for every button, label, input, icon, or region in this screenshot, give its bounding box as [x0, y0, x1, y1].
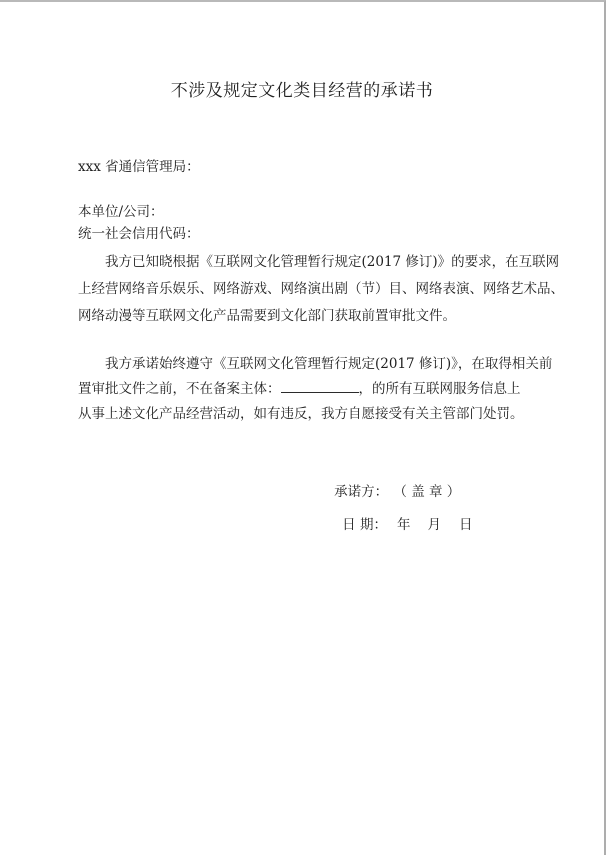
signature-date-line: 日 期：年月日: [325, 497, 472, 549]
date-month-label: 月: [427, 517, 441, 533]
document-page: 不涉及规定文化类目经营的承诺书 xxx 省通信管理局： 本单位/公司： 统一社会…: [0, 0, 606, 855]
commitment-text-before-blank: 置审批文件之前，不在备案主体：: [78, 381, 281, 397]
paragraph-commitment-line-3: 从事上述文化产品经营活动，如有违反，我方自愿接受有关主管部门处罚。: [78, 402, 552, 427]
date-year-label: 年: [397, 517, 411, 533]
paragraph-notice-line-2: 上经营网络音乐娱乐、网络游戏、网络演出剧（节）目、网络表演、网络艺术品、: [78, 277, 564, 304]
date-label: 日 期：: [342, 517, 387, 533]
credit-code-field-label: 统一社会信用代码：: [78, 228, 200, 242]
recipient-line: xxx 省通信管理局：: [78, 161, 200, 175]
paragraph-notice-line-1: 我方已知晓根据《互联网文化管理暂行规定(2017 修订)》的要求，在互联网: [78, 250, 564, 277]
date-day-label: 日: [459, 517, 473, 533]
filing-subject-blank-underline: [281, 380, 359, 393]
paragraph-commitment-line-2: 置审批文件之前，不在备案主体：，的所有互联网服务信息上: [78, 377, 552, 402]
paragraph-commitment-line-1: 我方承诺始终遵守《互联网文化管理暂行规定(2017 修订)》，在取得相关前: [78, 352, 552, 377]
commitment-text-after-blank: ，的所有互联网服务信息上: [359, 381, 521, 397]
document-title: 不涉及规定文化类目经营的承诺书: [0, 76, 604, 101]
unit-company-field-label: 本单位/公司：: [78, 206, 164, 220]
paragraph-notice-line-3: 网络动漫等互联网文化产品需要到文化部门获取前置审批文件。: [78, 304, 564, 331]
paragraph-commitment: 我方承诺始终遵守《互联网文化管理暂行规定(2017 修订)》，在取得相关前 置审…: [78, 352, 552, 427]
paragraph-notice: 我方已知晓根据《互联网文化管理暂行规定(2017 修订)》的要求，在互联网 上经…: [78, 250, 564, 331]
